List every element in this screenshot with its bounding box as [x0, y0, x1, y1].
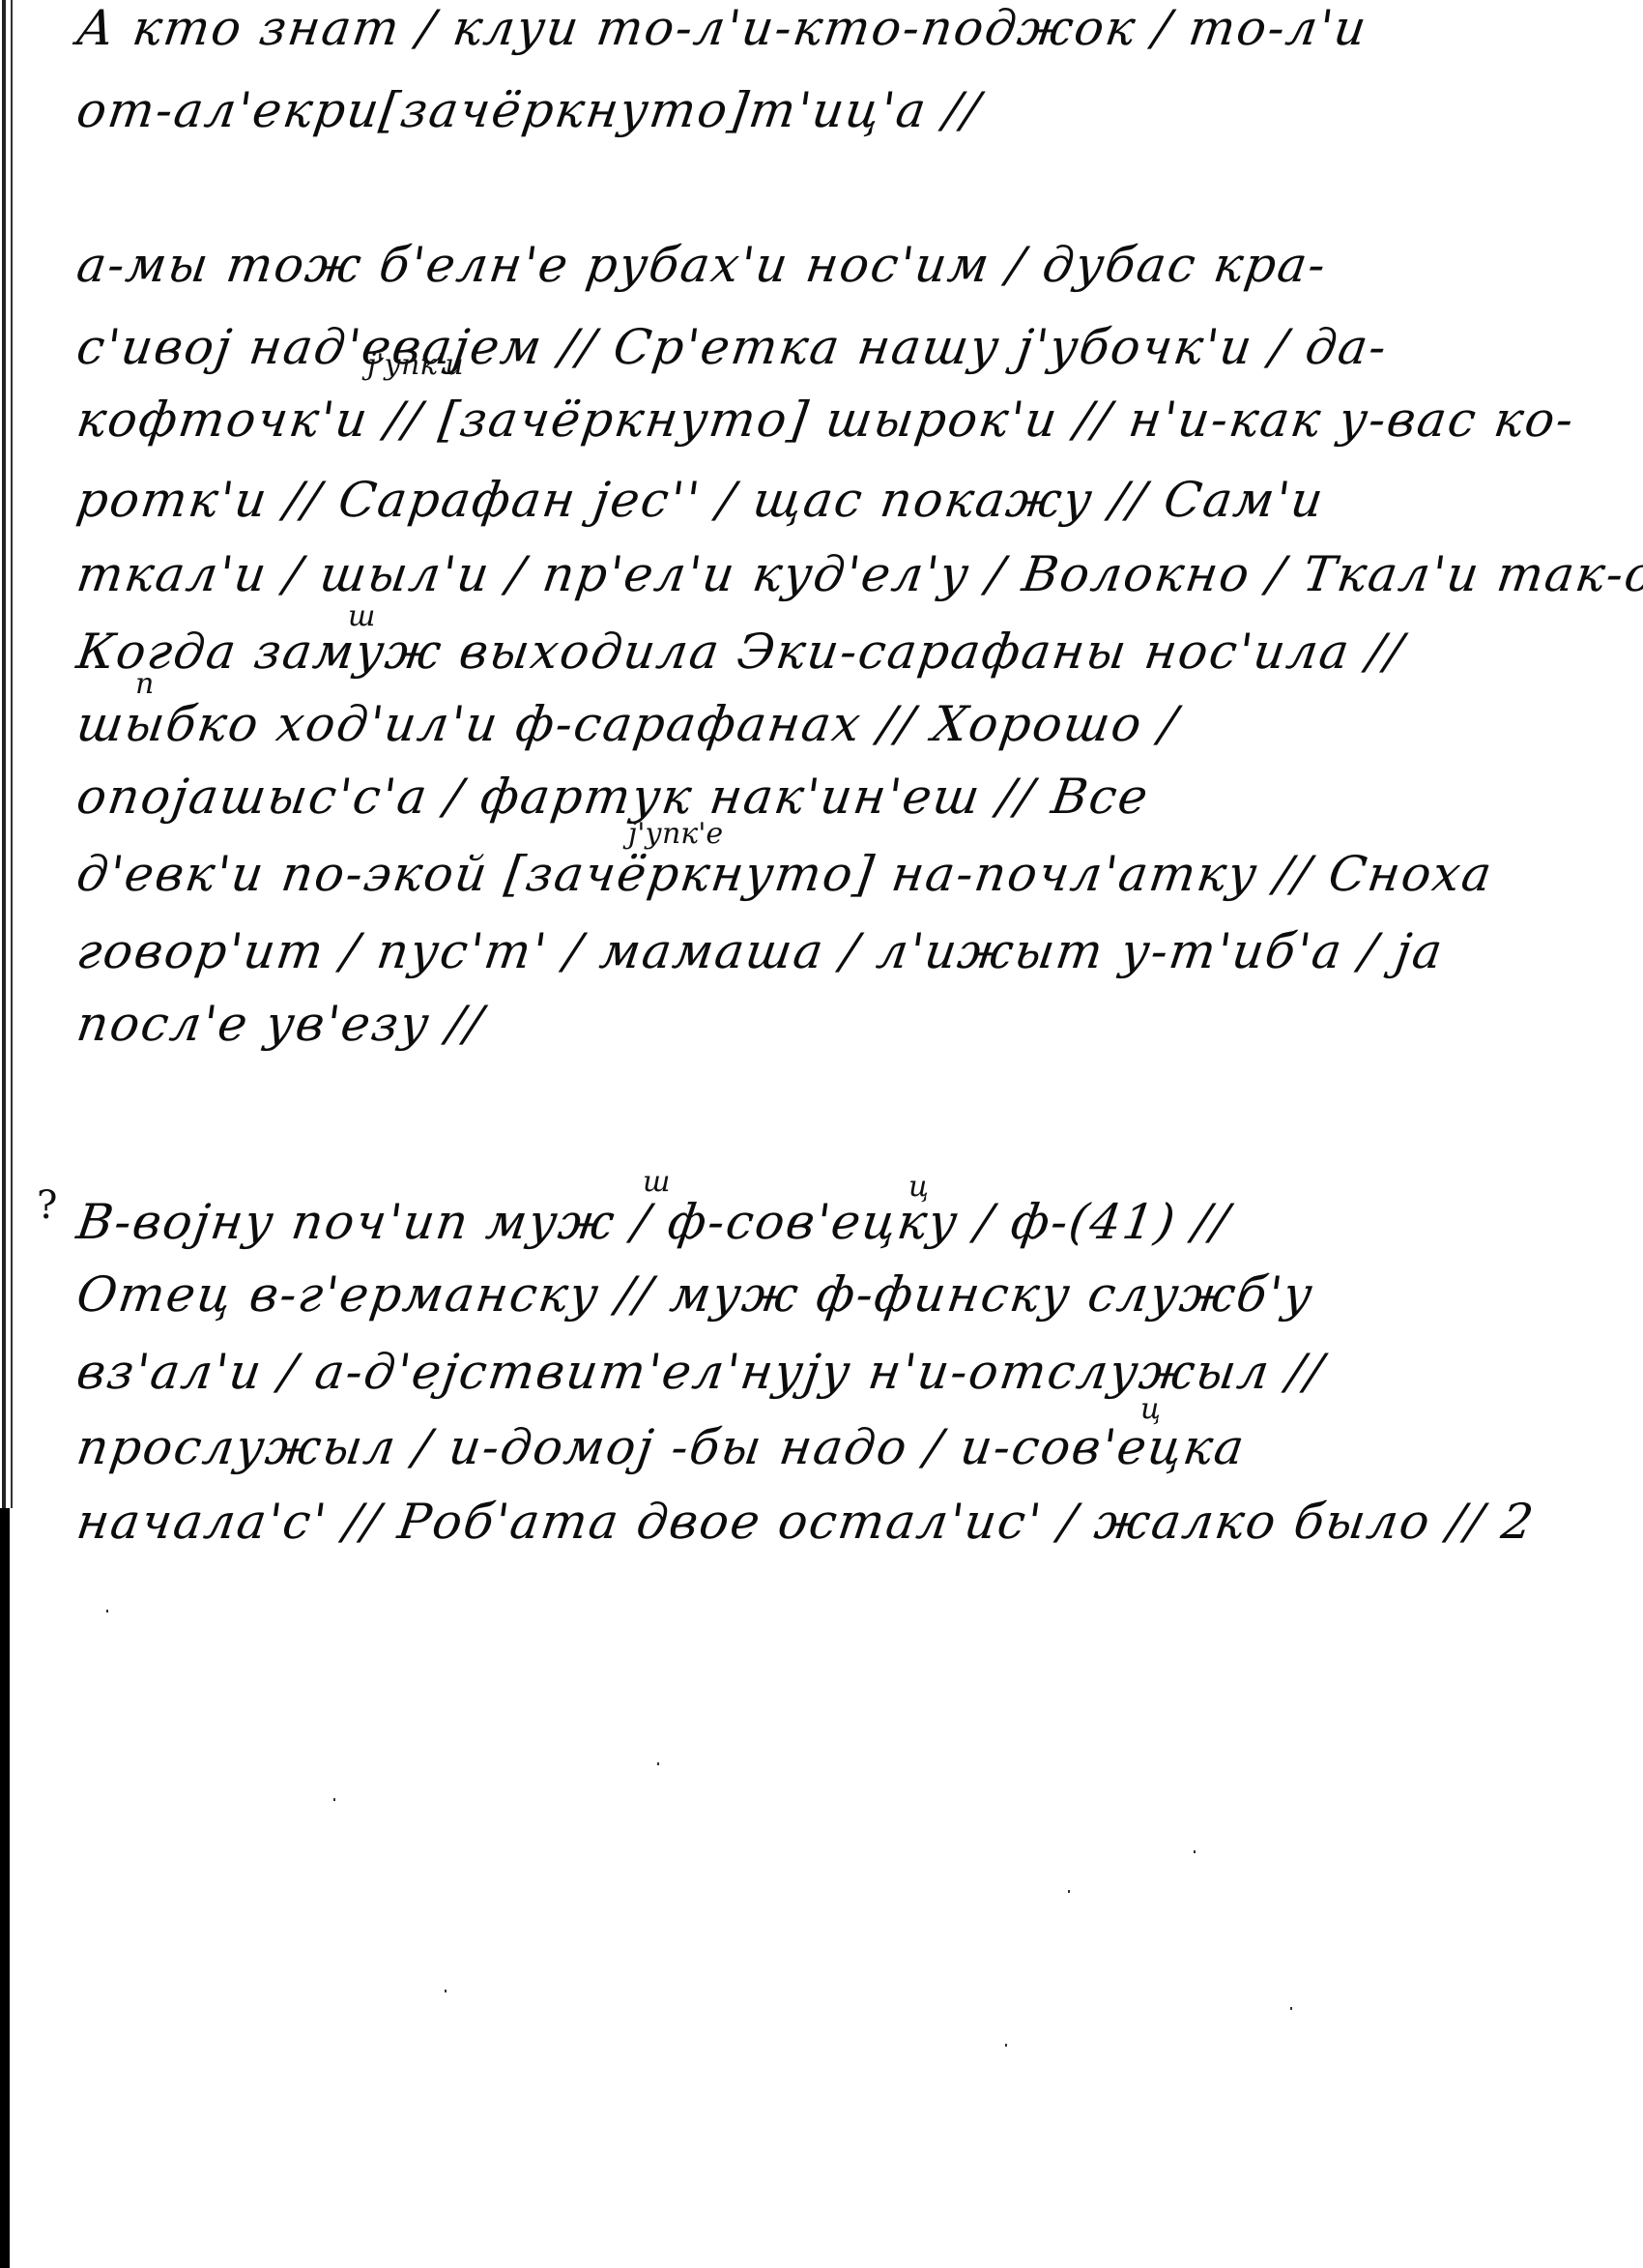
text-line: с'ивој над'евајем // Ср'етка нашу ј'убоч…	[73, 319, 1392, 375]
scan-speck	[1194, 1850, 1196, 1853]
text-line: В-војну поч'ип муж / ф-сов'ецку / ф-(41)…	[73, 1194, 1234, 1250]
scan-speck	[445, 1990, 447, 1992]
margin-rule	[11, 0, 13, 1508]
text-line: опојашыс'с'а / фартук нак'ин'еш // Все	[73, 769, 1153, 825]
scan-speck	[1005, 2044, 1007, 2047]
scan-speck	[333, 1798, 335, 1801]
text-line: кофточк'и // [зачёркнуто] шырок'и // н'и…	[73, 392, 1578, 448]
scan-speck	[657, 1762, 659, 1765]
scan-speck	[106, 1610, 108, 1613]
text-line: говор'ит / пус'т' / мамаша / л'ижыт у-т'…	[73, 923, 1448, 979]
text-line: А кто знат / клуи то-л'и-кто-поджок / то…	[73, 0, 1371, 56]
scan-speck	[1290, 2007, 1292, 2010]
text-line: шыбко ход'ил'и ф-сарафанах // Хорошо /	[73, 696, 1182, 752]
scan-shadow	[0, 1508, 10, 2268]
margin-question-mark: ?	[37, 1183, 57, 1228]
text-line: ткал'и / шыл'и / пр'ел'и куд'ел'у / Воло…	[73, 546, 1643, 602]
interlinear-note: ј'упк'и	[367, 348, 464, 382]
text-line: прослужыл / и-домој -бы надо / и-сов'ецк…	[73, 1419, 1250, 1475]
text-line: Когда замуж выходила Эки-сарафаны нос'ил…	[73, 624, 1408, 680]
text-line: посл'е ув'езу //	[73, 996, 488, 1052]
text-line: а-мы тож б'елн'е рубах'и нос'им / дубас …	[73, 237, 1331, 293]
text-line: от-ал'екри[зачёркнуто]т'иц'а //	[73, 82, 985, 138]
scan-speck	[1068, 1890, 1070, 1893]
text-line: д'евк'и по-экой [зачёркнуто] на-почл'атк…	[73, 846, 1497, 902]
text-line: ротк'и // Сарафан јес'' / щас покажу // …	[73, 472, 1328, 528]
text-line: Отец в-г'ерманску // муж ф-финску служб'…	[73, 1266, 1317, 1323]
text-line: начала'с' // Роб'ата двое остал'ис' / жа…	[73, 1494, 1539, 1550]
